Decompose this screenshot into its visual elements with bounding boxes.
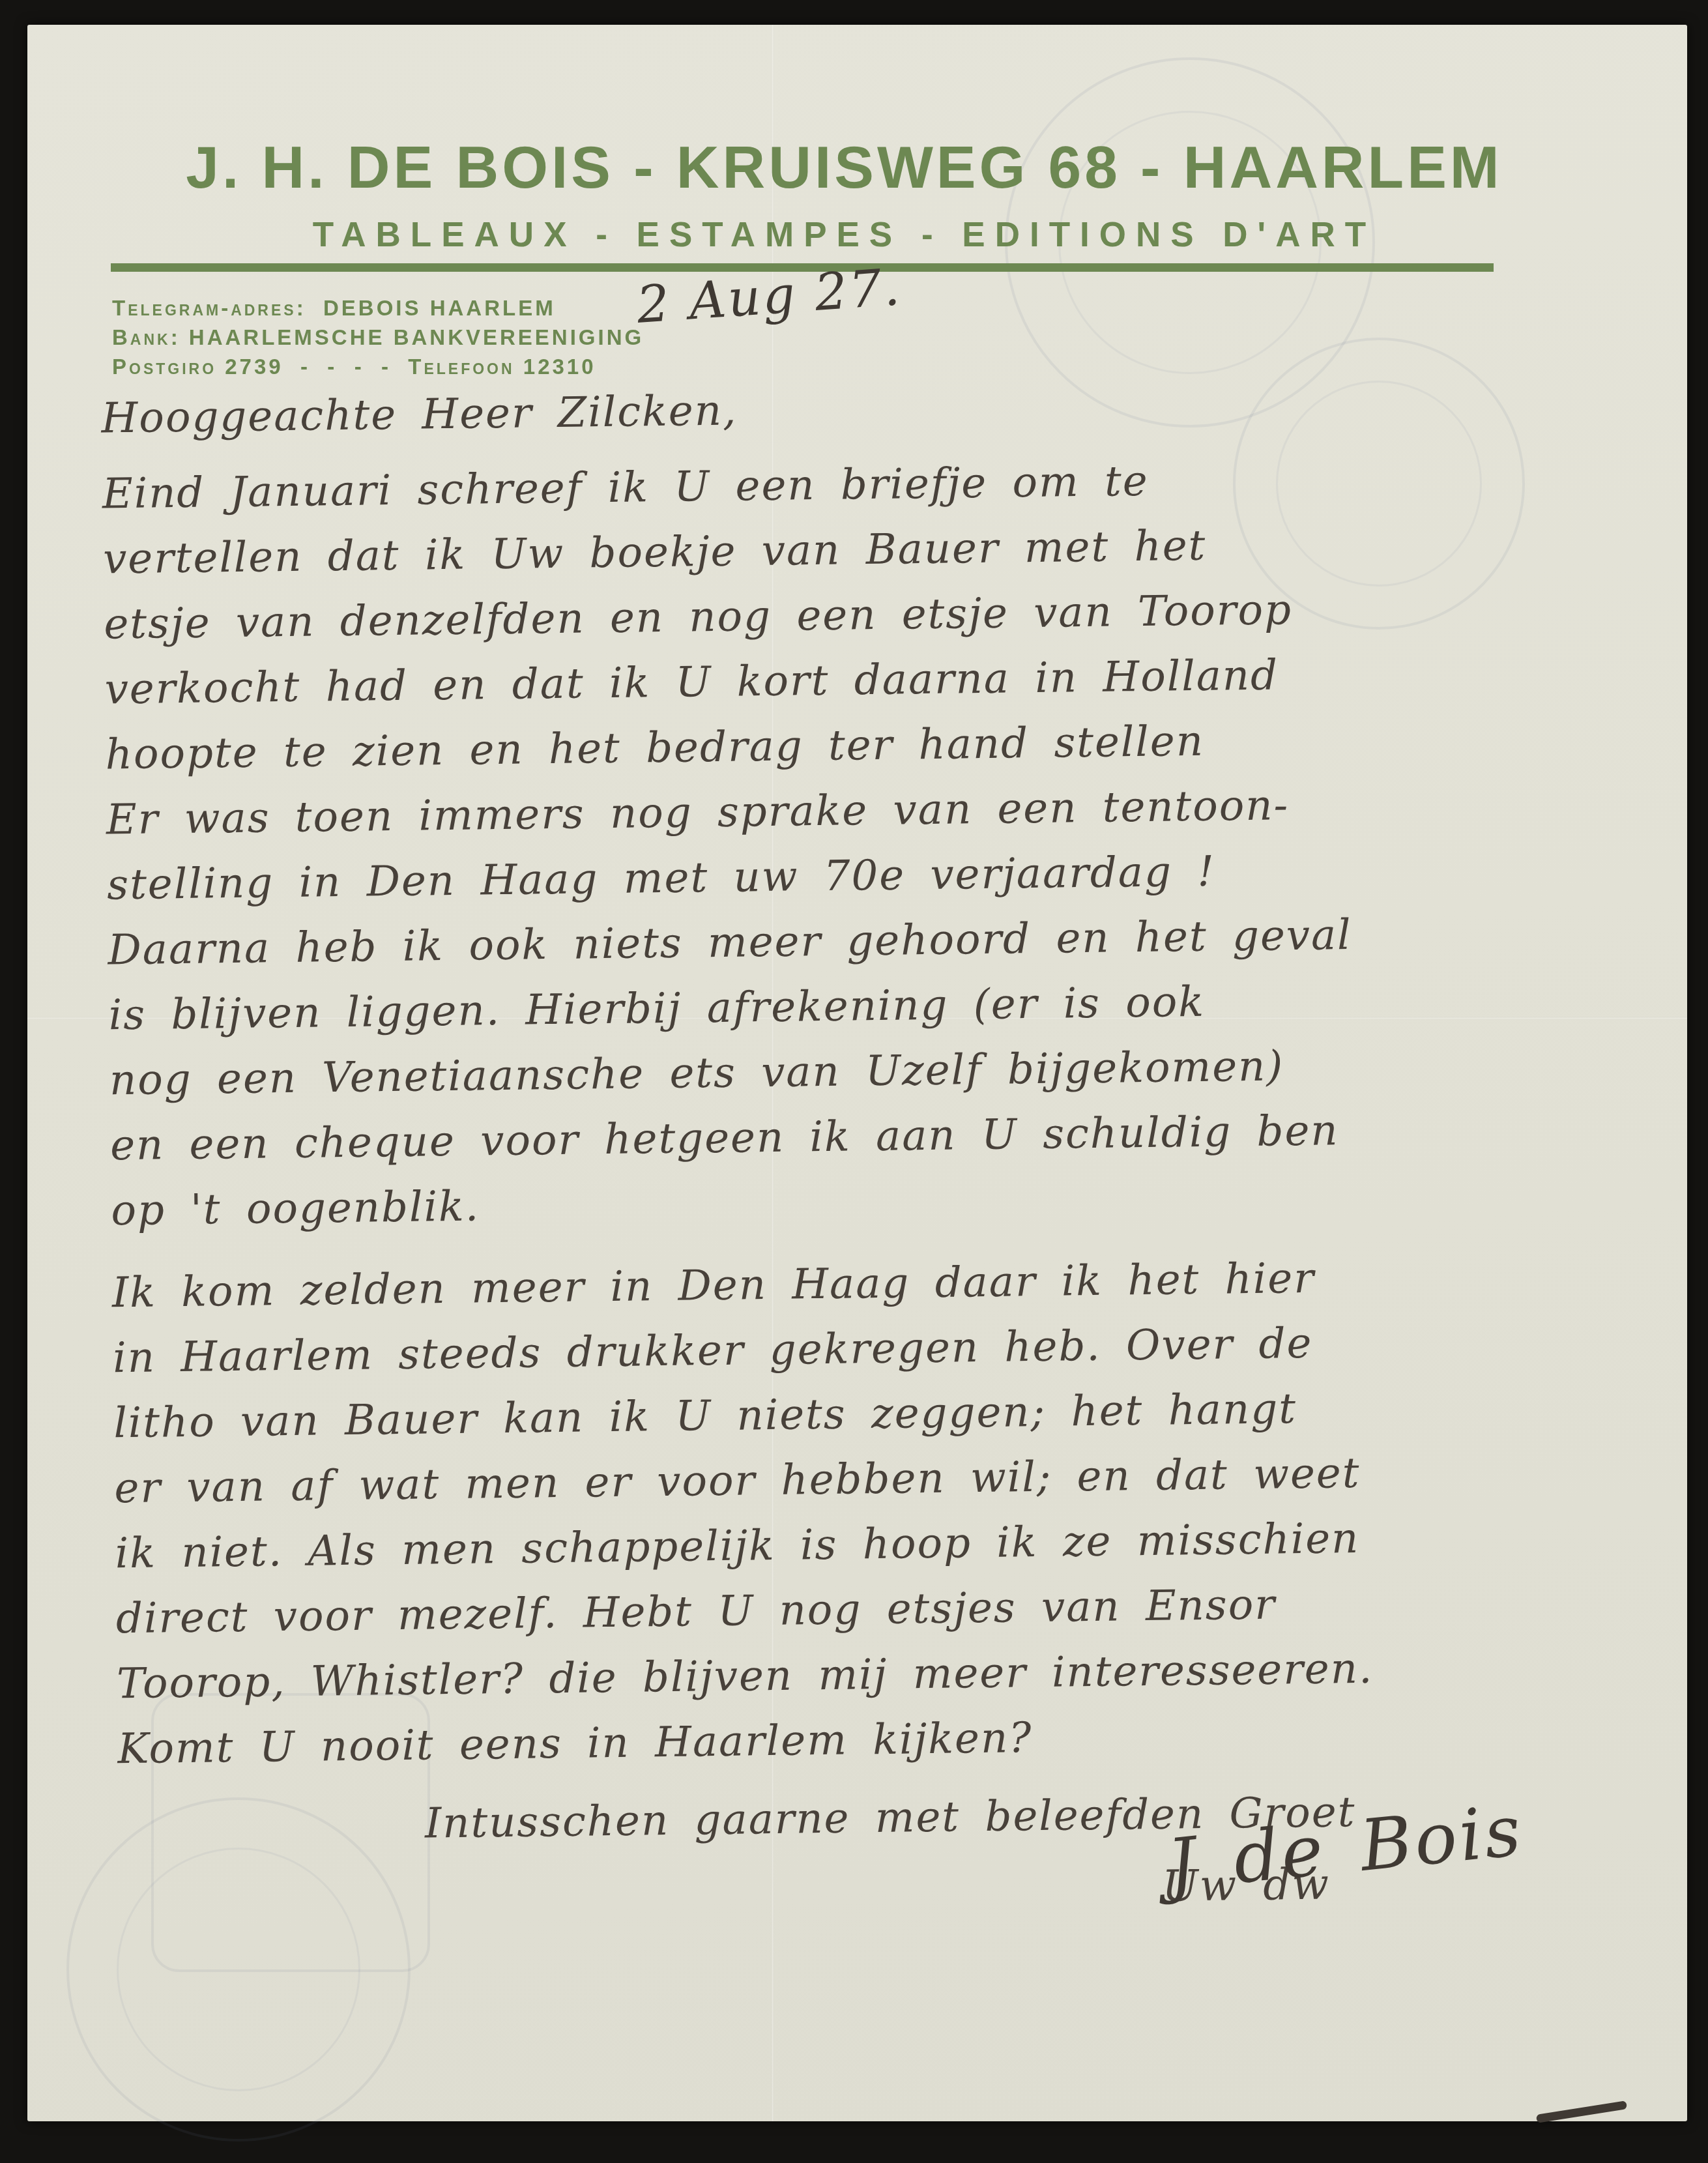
handwritten-body: Hooggeachte Heer Zilcken, Eind Januari s…	[101, 368, 1651, 2004]
signature-flourish	[1536, 2100, 1627, 2123]
bank-line: Bank: HAARLEMSCHE BANKVEREENIGING	[112, 323, 644, 352]
letter-paper: J. H. DE BOIS - KRUISWEG 68 - HAARLEM TA…	[27, 25, 1687, 2121]
telegram-address-line: Telegram-adres: DEBOIS HAARLEM	[112, 293, 644, 323]
letterhead-subtitle: TABLEAUX - ESTAMPES - EDITIONS D'ART	[27, 215, 1661, 255]
letterhead-title: J. H. DE BOIS - KRUISWEG 68 - HAARLEM	[27, 134, 1661, 202]
letterhead-contact-block: Telegram-adres: DEBOIS HAARLEM Bank: HAA…	[112, 293, 644, 381]
postgiro-telefoon-line: Postgiro 2739 - - - - Telefoon 12310	[112, 352, 644, 381]
